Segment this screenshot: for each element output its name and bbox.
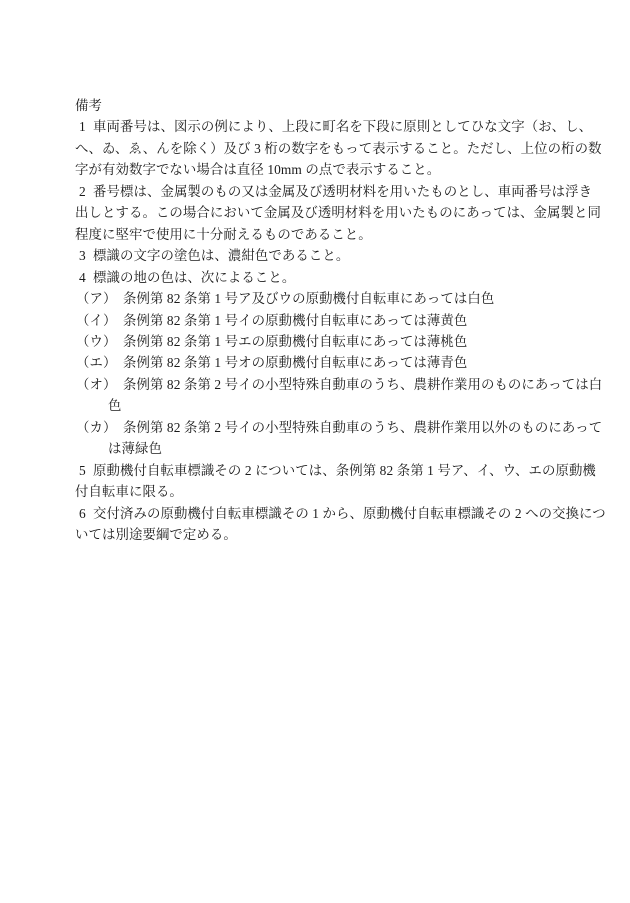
- item-text: 条例第 82 条第 1 号エの原動機付自転車にあっては薄桃色: [123, 334, 467, 349]
- item-marker: （カ）: [76, 417, 123, 438]
- item-text: 原動機付自転車標識その 2 については、条例第 82 条第 1 号ア、イ、ウ、エ…: [93, 463, 596, 478]
- item-text: 標識の地の色は、次によること。: [93, 270, 295, 285]
- text-line: 色: [75, 395, 545, 416]
- text-line: へ、ゐ、ゑ、んを除く）及び 3 桁の数字をもって表示すること。ただし、上位の桁の…: [75, 138, 545, 159]
- item-text: 番号標は、金属製のもの又は金属及び透明材料を用いたものとし、車両番号は浮き: [93, 184, 592, 199]
- text-line: 3標識の文字の塗色は、濃紺色であること。: [75, 245, 545, 266]
- item-text: 交付済みの原動機付自転車標識その 1 から、原動機付自転車標識その 2 への交換…: [93, 506, 606, 521]
- item-marker: （イ）: [76, 310, 123, 331]
- text-line: 字が有効数字でない場合は直径 10mm の点で表示すること。: [75, 159, 545, 180]
- item-text: 条例第 82 条第 1 号イの原動機付自転車にあっては薄黄色: [123, 313, 467, 328]
- item-text: 条例第 82 条第 2 号イの小型特殊自動車のうち、農耕作業用以外のものにあって: [123, 420, 602, 435]
- text-line: 5原動機付自転車標識その 2 については、条例第 82 条第 1 号ア、イ、ウ、…: [75, 460, 545, 481]
- text-line: 程度に堅牢で使用に十分耐えるものであること。: [75, 224, 545, 245]
- text-line: 6交付済みの原動機付自転車標識その 1 から、原動機付自転車標識その 2 への交…: [75, 503, 545, 524]
- text-line: （ウ）条例第 82 条第 1 号エの原動機付自転車にあっては薄桃色: [75, 331, 545, 352]
- text-line: 1車両番号は、図示の例により、上段に町名を下段に原則としてひな文字（お、し、: [75, 116, 545, 137]
- item-text: 車両番号は、図示の例により、上段に町名を下段に原則としてひな文字（お、し、: [93, 119, 592, 134]
- remarks-document: 備考 1車両番号は、図示の例により、上段に町名を下段に原則としてひな文字（お、し…: [75, 95, 545, 546]
- text-line: （ア）条例第 82 条第 1 号ア及びウの原動機付自転車にあっては白色: [75, 288, 545, 309]
- item-text: 条例第 82 条第 1 号ア及びウの原動機付自転車にあっては白色: [123, 291, 494, 306]
- text-line: 付自転車に限る。: [75, 481, 545, 502]
- text-line: いては別途要綱で定める。: [75, 524, 545, 545]
- text-line: （イ）条例第 82 条第 1 号イの原動機付自転車にあっては薄黄色: [75, 310, 545, 331]
- item-marker: 5: [79, 460, 93, 481]
- item-text: 条例第 82 条第 1 号オの原動機付自転車にあっては薄青色: [123, 355, 467, 370]
- item-marker: （エ）: [76, 352, 123, 373]
- item-marker: 3: [79, 245, 93, 266]
- item-text: 条例第 82 条第 2 号イの小型特殊自動車のうち、農耕作業用のものにあっては白: [123, 377, 602, 392]
- item-marker: （オ）: [76, 374, 123, 395]
- text-line: 4標識の地の色は、次によること。: [75, 267, 545, 288]
- text-line: （エ）条例第 82 条第 1 号オの原動機付自転車にあっては薄青色: [75, 352, 545, 373]
- document-page: { "page": { "background": "#ffffff", "te…: [0, 0, 630, 903]
- text-line: 2番号標は、金属製のもの又は金属及び透明材料を用いたものとし、車両番号は浮き: [75, 181, 545, 202]
- document-body: 1車両番号は、図示の例により、上段に町名を下段に原則としてひな文字（お、し、へ、…: [75, 116, 545, 545]
- text-line: （カ）条例第 82 条第 2 号イの小型特殊自動車のうち、農耕作業用以外のものに…: [75, 417, 545, 438]
- document-heading: 備考: [75, 95, 545, 116]
- text-line: は薄緑色: [75, 438, 545, 459]
- item-marker: 1: [79, 116, 93, 137]
- text-line: 出しとする。この場合において金属及び透明材料を用いたものにあっては、金属製と同: [75, 202, 545, 223]
- item-marker: （ア）: [76, 288, 123, 309]
- item-marker: （ウ）: [76, 331, 123, 352]
- item-marker: 4: [79, 267, 93, 288]
- item-text: 標識の文字の塗色は、濃紺色であること。: [93, 248, 349, 263]
- text-line: （オ）条例第 82 条第 2 号イの小型特殊自動車のうち、農耕作業用のものにあっ…: [75, 374, 545, 395]
- item-marker: 2: [79, 181, 93, 202]
- item-marker: 6: [79, 503, 93, 524]
